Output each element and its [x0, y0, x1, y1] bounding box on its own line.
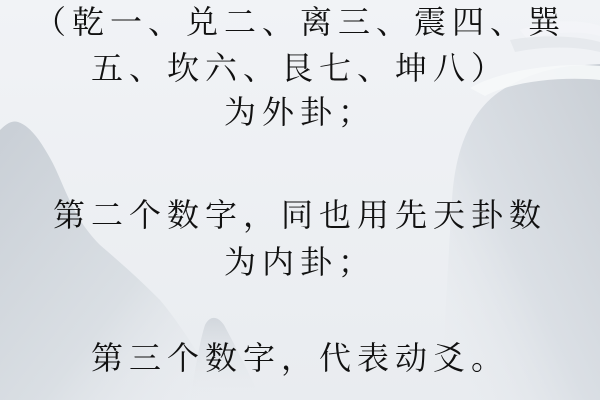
- text-line-second-number: 第二个数字，同也用先天卦数: [0, 195, 600, 235]
- text-line-outer-trigram: 为外卦；: [0, 92, 600, 132]
- text-line-trigram-list-part2: 五、坎六、艮七、坤八）: [0, 48, 600, 88]
- text-line-trigram-list-part1: （乾一、兑二、离三、震四、巽: [0, 2, 600, 42]
- text-line-third-number: 第三个数字，代表动爻。: [0, 338, 600, 378]
- text-line-inner-trigram: 为内卦；: [0, 242, 600, 282]
